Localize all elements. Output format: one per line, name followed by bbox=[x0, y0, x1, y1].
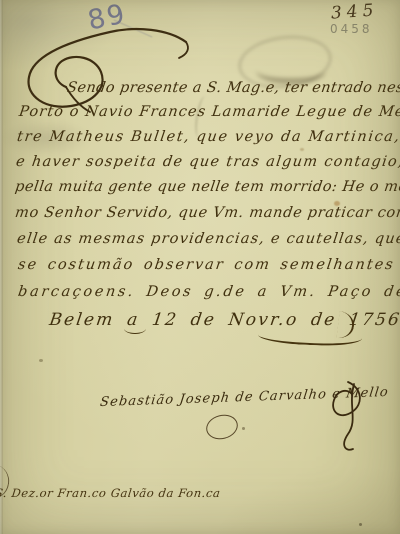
letter-line: mo Senhor Servido, que Vm. mande pratica… bbox=[14, 205, 400, 221]
day-underline bbox=[124, 328, 146, 334]
letter-line: se costumão observar com semelhantes em bbox=[17, 257, 400, 273]
signature-loop-flourish bbox=[204, 411, 241, 442]
signature-paraph-flourish bbox=[318, 378, 370, 456]
letter-line: tre Matheus Bullet, que veyo da Martinic… bbox=[16, 129, 400, 145]
letter-line: pella muita gente que nelle tem morrido:… bbox=[14, 179, 400, 195]
manuscript-page: 89 345 0458 Sendo presente a S. Mag.e, t… bbox=[0, 0, 400, 534]
catalog-number: 0458 bbox=[330, 22, 373, 36]
stain bbox=[242, 427, 245, 430]
stain bbox=[300, 148, 304, 151]
stain bbox=[359, 523, 362, 526]
paper-edge bbox=[0, 0, 3, 534]
letter-line: elle as mesmas providencias, e cautellas… bbox=[16, 231, 400, 247]
folio-number: 345 bbox=[330, 0, 379, 23]
letter-line: e haver sospeita de que tras algum conta… bbox=[15, 154, 400, 170]
letter-line: barcaçoens. Deos g.de a Vm. Paço de bbox=[17, 284, 400, 300]
letter-line: Porto o Navio Frances Lamaride Legue de … bbox=[18, 104, 400, 120]
letter-line: Sendo presente a S. Mag.e, ter entrado n… bbox=[66, 80, 400, 96]
stain bbox=[39, 359, 43, 362]
addressee-line: S. Dez.or Fran.co Galvão da Fon.ca bbox=[0, 486, 221, 500]
